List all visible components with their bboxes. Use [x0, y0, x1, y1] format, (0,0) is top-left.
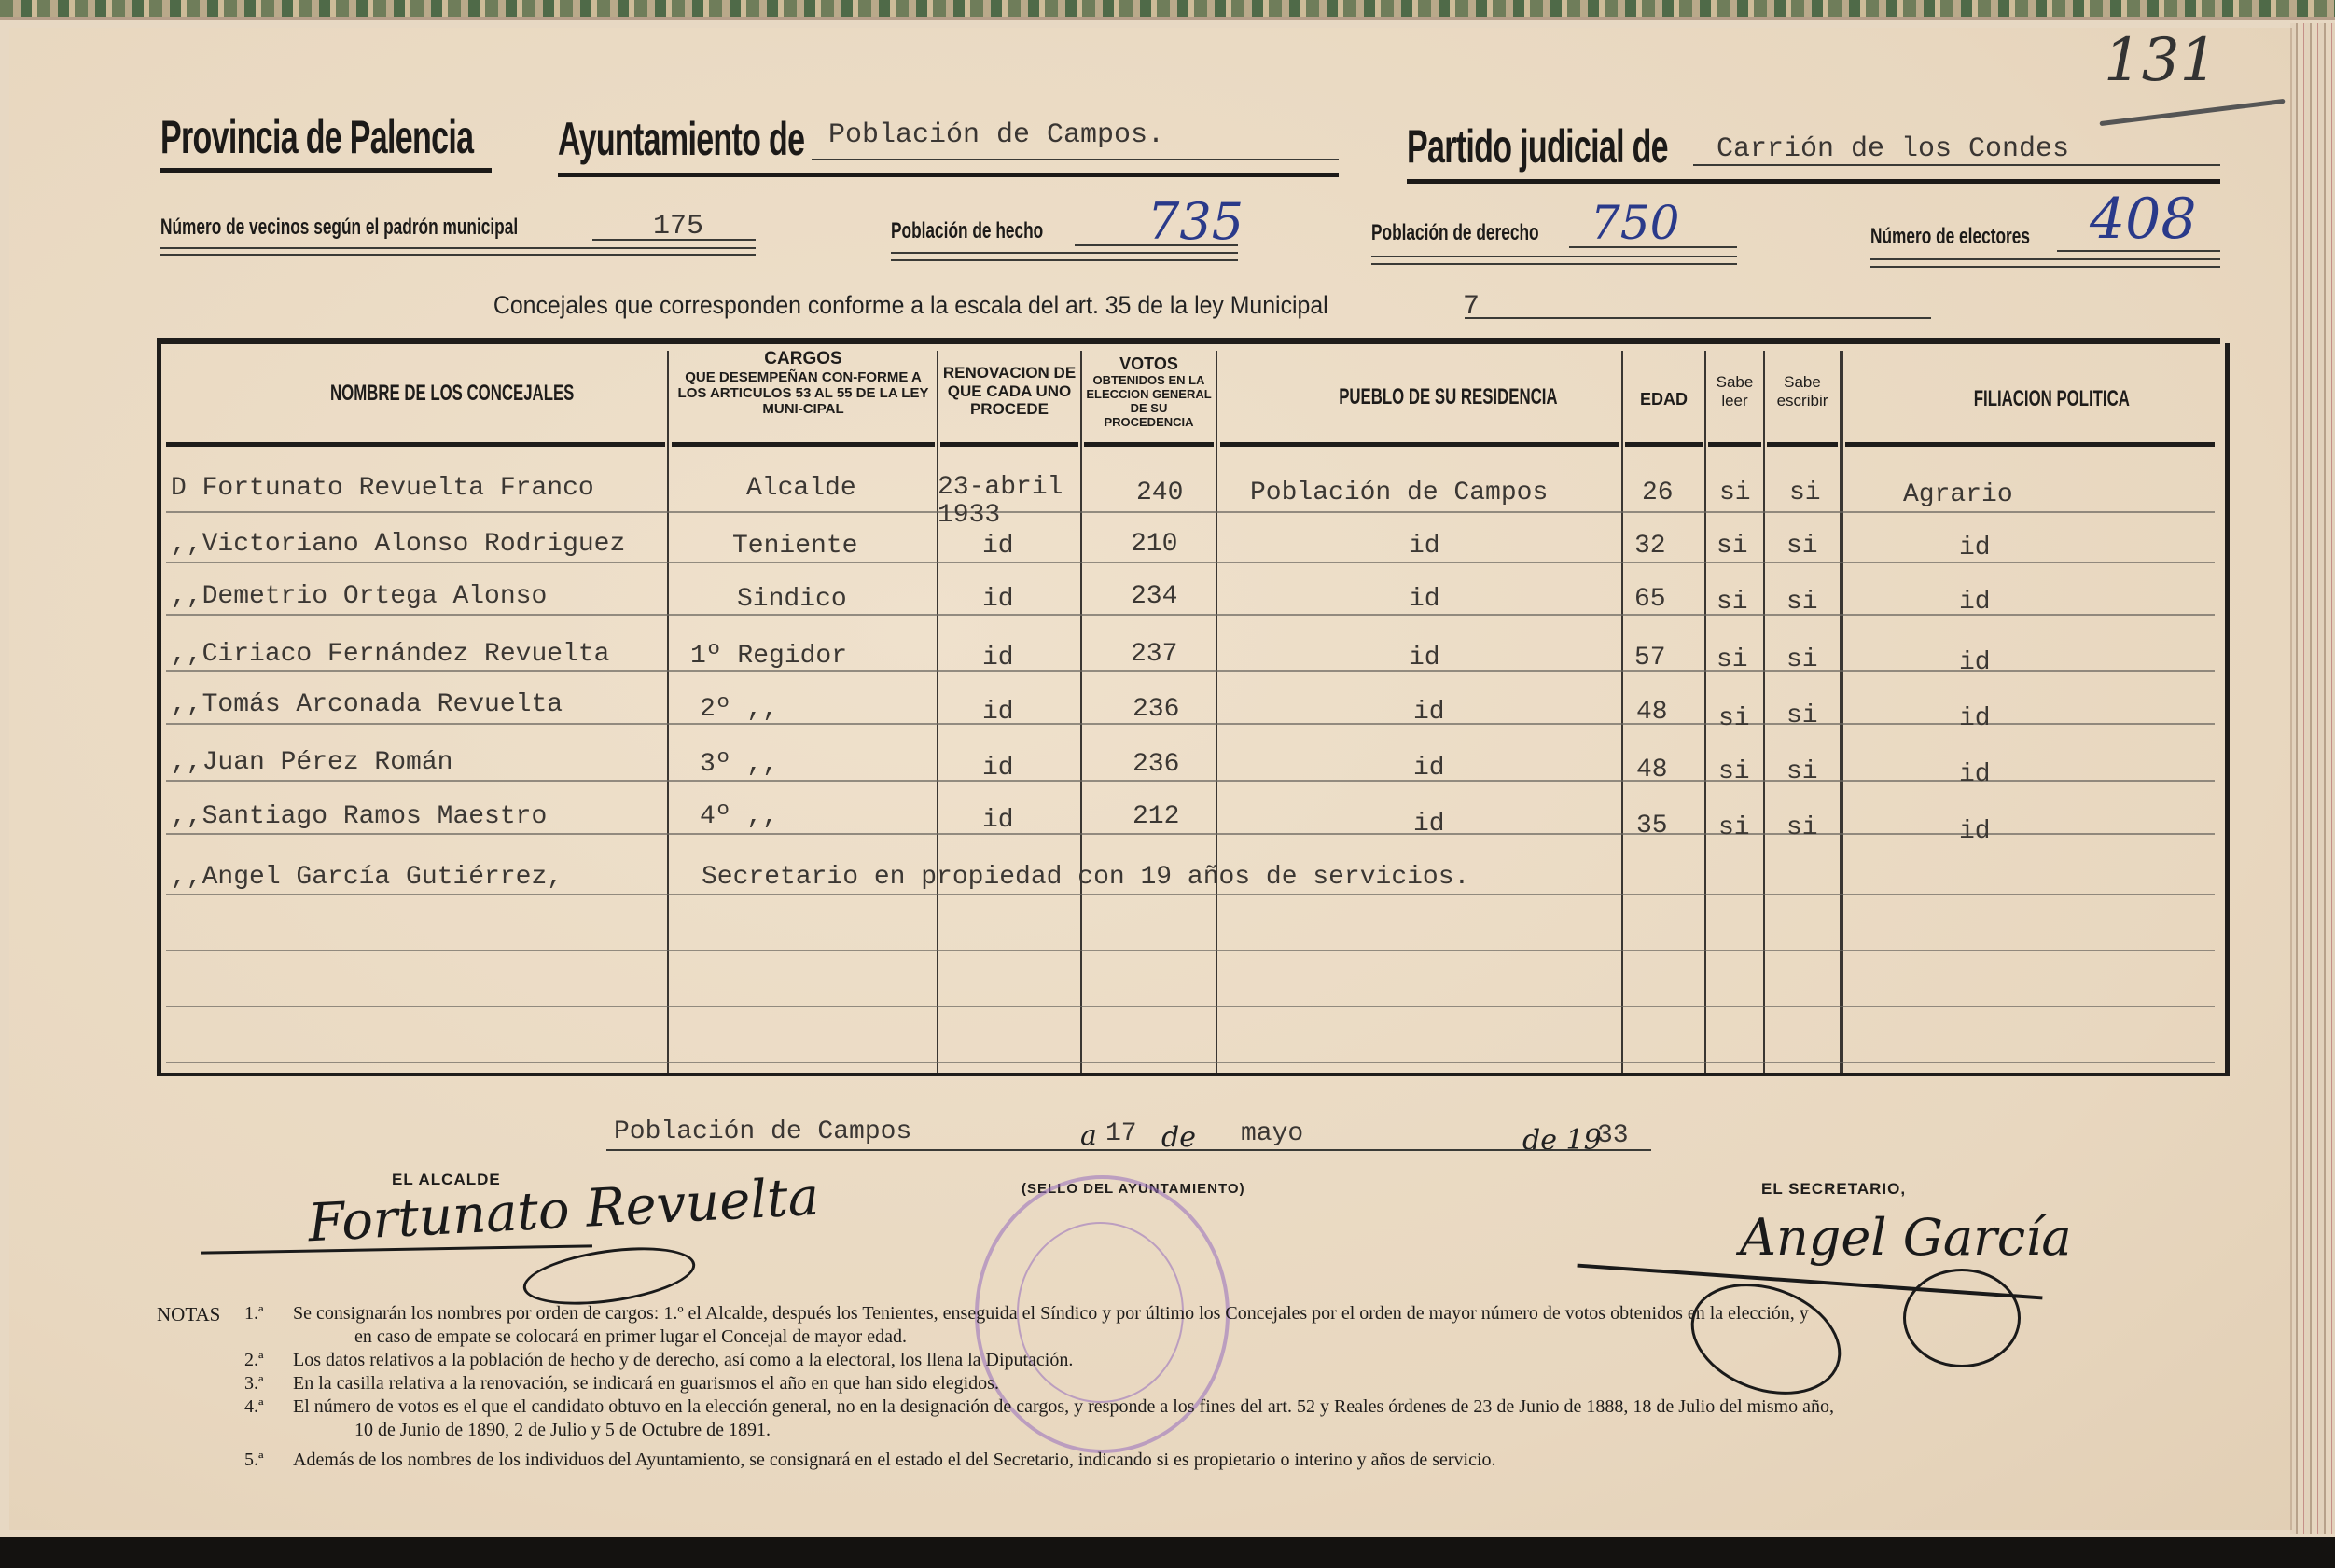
cell-escribir: si [1786, 813, 1818, 842]
cell-escribir: si [1786, 757, 1818, 786]
electores-label: Número de electores [1870, 224, 2030, 250]
col-header-pueblo: PUEBLO DE SU RESIDENCIA [1339, 384, 1557, 410]
vecinos-value: 175 [653, 211, 703, 243]
province-label: Provincia de Palencia [160, 110, 473, 164]
secretario-label: EL SECRETARIO, [1761, 1180, 1906, 1199]
cell-votos: 240 [1136, 479, 1183, 507]
cell-escribir: si [1786, 532, 1818, 561]
col-sep-escribir [1763, 351, 1765, 1076]
vecinos-label: Número de vecinos según el padrón munici… [160, 215, 518, 241]
cell-nombre: D Fortunato Revuelta Franco [171, 474, 594, 503]
note-4-number: 4.ª [244, 1396, 264, 1418]
cell-leer: si [1718, 757, 1750, 786]
cell-edad: 32 [1634, 532, 1666, 561]
row-rule [166, 614, 2215, 616]
cell-cargo: Teniente [732, 532, 857, 561]
cell-renovacion: id [982, 532, 1014, 561]
partido-field-line [1693, 164, 2220, 166]
row-rule [166, 1062, 2215, 1063]
secretary-description: Secretario en propiedad con 19 años de s… [702, 863, 1469, 892]
vecinos-rule-1 [160, 247, 756, 249]
cell-cargo: 3º ,, [700, 750, 778, 779]
poblacion-hecho-value: 735 [1147, 192, 1244, 251]
note-5-text: Además de los nombres de los individuos … [293, 1450, 1496, 1471]
header-rule-cargos [672, 442, 935, 447]
hecho-rule-1 [891, 252, 1238, 254]
cell-edad: 48 [1636, 698, 1668, 727]
concejales-field-line [1465, 317, 1931, 319]
cell-pueblo: id [1409, 532, 1440, 561]
derecho-rule-2 [1371, 263, 1737, 265]
folio-number: 131 [2104, 26, 2217, 95]
footer-day: 17 [1105, 1119, 1137, 1148]
footer-year-prefix: de 19 [1522, 1124, 1602, 1157]
cell-votos: 236 [1133, 750, 1179, 779]
footer-month: mayo [1241, 1119, 1303, 1148]
cell-nombre: ,,Victoriano Alonso Rodriguez [171, 530, 625, 559]
cell-edad: 48 [1636, 756, 1668, 784]
cell-filiacion: id [1959, 648, 1991, 677]
col-header-filiacion: FILIACION POLITICA [1974, 386, 2130, 412]
cell-renovacion: 23-abril 1933 [938, 474, 1077, 530]
book-bottom-shadow [0, 1537, 2335, 1568]
row-rule [166, 1006, 2215, 1007]
cell-votos: 210 [1131, 530, 1177, 559]
note-2-text: Los datos relativos a la población de he… [293, 1350, 1073, 1371]
cell-filiacion: id [1959, 588, 1991, 617]
row-rule [166, 562, 2215, 563]
cell-cargo: 1º Regidor [690, 642, 847, 671]
note-3-number: 3.ª [244, 1373, 264, 1395]
cell-filiacion: id [1959, 817, 1991, 846]
header-rule-leer [1708, 442, 1761, 447]
derecho-field-line [1569, 246, 1737, 248]
footer-place: Población de Campos [614, 1117, 911, 1146]
electores-value: 408 [2090, 187, 2197, 252]
header-rule-nombre [166, 442, 665, 447]
col-sep-votos [1080, 351, 1082, 1076]
poblacion-derecho-label: Población de derecho [1371, 220, 1539, 246]
page-stack-edges [2290, 23, 2335, 1534]
cell-cargo: Alcalde [746, 474, 856, 503]
col-sep-filiacion [1840, 351, 1843, 1076]
hecho-field-line [1075, 244, 1238, 246]
ayuntamiento-field-line [812, 159, 1339, 160]
cell-escribir: si [1789, 479, 1821, 507]
vecinos-field-line [592, 239, 756, 241]
note-4-continuation: 10 de Junio de 1890, 2 de Julio y 5 de O… [354, 1420, 771, 1441]
col-sep-pueblo [1216, 351, 1217, 1076]
header-rule-pueblo [1220, 442, 1619, 447]
row-rule [166, 723, 2215, 725]
derecho-rule-1 [1371, 256, 1737, 257]
cell-cargo: Sindico [737, 585, 847, 614]
cell-renovacion: id [982, 806, 1014, 835]
cell-leer: si [1718, 704, 1750, 733]
col-header-sabe-escribir: Sabe escribir [1767, 373, 1838, 409]
col-sep-edad [1621, 351, 1623, 1076]
cell-nombre: ,,Demetrio Ortega Alonso [171, 582, 547, 611]
cell-leer: si [1719, 479, 1751, 507]
col-sep-leer [1704, 351, 1706, 1076]
header-rule-edad [1625, 442, 1703, 447]
header-rule-filiacion [1845, 442, 2215, 447]
header-rule-votos [1084, 442, 1214, 447]
cell-leer: si [1717, 588, 1748, 617]
col-header-edad: EDAD [1625, 390, 1703, 409]
cell-renovacion: id [982, 698, 1014, 727]
table-bottom-border [157, 1073, 2230, 1076]
partido-judicial-value: Carrión de los Condes [1717, 133, 2069, 165]
cell-filiacion: id [1959, 704, 1991, 733]
note-4-text: El número de votos es el que el candidat… [293, 1396, 1834, 1418]
secretary-name: ,,Angel García Gutiérrez, [171, 863, 563, 892]
col-header-nombre: NOMBRE DE LOS CONCEJALES [330, 381, 574, 407]
cell-pueblo: id [1409, 644, 1440, 673]
row-rule [166, 950, 2215, 951]
notes-title: NOTAS [157, 1303, 220, 1326]
header-rule-renovacion [940, 442, 1078, 447]
col-header-sabe-leer: Sabe leer [1708, 373, 1761, 409]
cell-escribir: si [1786, 588, 1818, 617]
cell-votos: 236 [1133, 695, 1179, 724]
col-sep-cargos [667, 351, 669, 1076]
cell-edad: 65 [1634, 585, 1666, 614]
cell-pueblo: id [1413, 754, 1445, 783]
cell-filiacion: Agrario [1903, 480, 2013, 509]
note-2-number: 2.ª [244, 1350, 264, 1371]
col-header-votos: VOTOS OBTENIDOS EN LA ELECCION GENERAL D… [1084, 354, 1214, 429]
ayuntamiento-underline [558, 173, 1339, 177]
cell-pueblo: id [1409, 585, 1440, 614]
row-rule [166, 511, 2215, 513]
note-3-text: En la casilla relativa a la renovación, … [293, 1373, 999, 1395]
secretario-signature: Angel García [1740, 1208, 2072, 1267]
secretario-flourish-2 [1903, 1269, 2021, 1367]
cell-leer: si [1718, 813, 1750, 842]
footer-year-suffix: 33 [1597, 1121, 1629, 1150]
cell-cargo: 2º ,, [700, 695, 778, 724]
cell-nombre: ,,Tomás Arconada Revuelta [171, 690, 563, 719]
poblacion-derecho-value: 750 [1591, 196, 1679, 250]
row-rule [166, 833, 2215, 835]
cell-leer: si [1717, 532, 1748, 561]
cell-filiacion: id [1959, 760, 1991, 789]
cell-votos: 234 [1131, 582, 1177, 611]
cell-votos: 237 [1131, 640, 1177, 669]
row-rule [166, 894, 2215, 895]
cell-pueblo: id [1413, 698, 1445, 727]
col-header-renovacion: RENOVACION DE QUE CADA UNO PROCEDE [940, 364, 1078, 419]
cell-nombre: ,,Juan Pérez Román [171, 748, 452, 777]
note-1-number: 1.ª [244, 1303, 264, 1325]
concejales-label: Concejales que corresponden conforme a l… [493, 291, 1328, 320]
cell-escribir: si [1786, 701, 1818, 730]
cell-renovacion: id [982, 585, 1014, 614]
cell-filiacion: id [1959, 534, 1991, 562]
footer-date-line [606, 1149, 1651, 1151]
col-header-cargos: CARGOS QUE DESEMPEÑAN CON-FORME A LOS AR… [672, 349, 935, 418]
col-header-cargos-title: CARGOS [672, 349, 935, 369]
cell-edad: 35 [1636, 812, 1668, 840]
electores-field-line [2057, 250, 2220, 252]
cell-nombre: ,,Santiago Ramos Maestro [171, 802, 547, 831]
partido-underline [1407, 179, 2220, 184]
cell-pueblo: Población de Campos [1250, 479, 1548, 507]
note-1-text: Se consignarán los nombres por orden de … [293, 1303, 1809, 1325]
header-rule-escribir [1767, 442, 1838, 447]
footer-a-label: a [1080, 1119, 1097, 1152]
col-sep-renovacion [937, 351, 938, 1076]
vecinos-rule-2 [160, 254, 756, 256]
cell-pueblo: id [1413, 810, 1445, 839]
ayuntamiento-label: Ayuntamiento de [558, 112, 804, 166]
cell-cargo: 4º ,, [700, 802, 778, 831]
cell-escribir: si [1786, 645, 1818, 674]
electores-rule-2 [1870, 266, 2220, 268]
cell-renovacion: id [982, 644, 1014, 673]
note-1-continuation: en caso de empate se colocará en primer … [354, 1326, 907, 1348]
cell-renovacion: id [982, 754, 1014, 783]
ayuntamiento-value: Población de Campos. [828, 119, 1164, 151]
col-header-votos-title: VOTOS [1084, 354, 1214, 374]
cell-leer: si [1717, 645, 1748, 674]
cell-edad: 26 [1642, 479, 1674, 507]
note-5-number: 5.ª [244, 1450, 264, 1471]
cell-votos: 212 [1133, 802, 1179, 831]
col-header-cargos-sub: QUE DESEMPEÑAN CON-FORME A LOS ARTICULOS… [672, 369, 935, 418]
hecho-rule-2 [891, 259, 1238, 261]
row-rule [166, 670, 2215, 672]
poblacion-hecho-label: Población de hecho [891, 218, 1043, 244]
cell-nombre: ,,Ciriaco Fernández Revuelta [171, 640, 609, 669]
partido-judicial-label: Partido judicial de [1407, 119, 1668, 173]
electores-rule-1 [1870, 258, 2220, 260]
col-header-votos-sub: OBTENIDOS EN LA ELECCION GENERAL DE SU P… [1084, 374, 1214, 430]
row-rule [166, 780, 2215, 782]
province-underline [160, 168, 492, 173]
cell-edad: 57 [1634, 644, 1666, 673]
